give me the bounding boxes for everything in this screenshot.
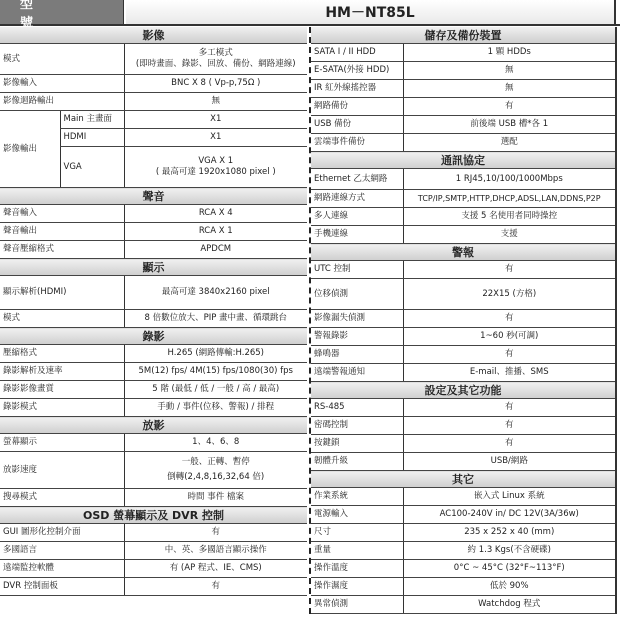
table-row: 電源輸入AC100-240V in/ DC 12V(3A/36w) (311, 506, 615, 524)
table-row: 遠端警報通知E-mail、推播、SMS (311, 364, 615, 382)
table-row: 網路連線方式TCP/IP,SMTP,HTTP,DHCP,ADSL,LAN,DDN… (311, 190, 615, 208)
section-other: 其它 (311, 471, 615, 488)
model-name: HM－NT85L (126, 0, 616, 24)
section-storage: 儲存及備份裝置 (311, 27, 615, 44)
table-row: 操作溫度0°C ~ 45°C (32°F~113°F) (311, 560, 615, 578)
table-row: 錄影影像畫質5 階 (最低 / 低 / 一般 / 高 / 最高) (0, 381, 307, 399)
table-row: DVR 控制面板有 (0, 578, 307, 596)
table-row: 搜尋模式時間 事件 檔案 (0, 489, 307, 507)
section-osd: OSD 螢幕顯示及 DVR 控制 (0, 507, 307, 524)
table-row: 放影速度 一般、正轉、暫停倒轉(2,4,8,16,32,64 倍) (0, 452, 307, 489)
section-alarm: 警報 (311, 244, 615, 261)
table-row: Ethernet 乙太網路1 RJ45,10/100/1000Mbps (311, 169, 615, 190)
table-row: 按鍵鎖有 (311, 435, 615, 453)
table-row: 聲音壓縮格式APDCM (0, 241, 307, 259)
table-row: 作業系統嵌入式 Linux 系統 (311, 488, 615, 506)
table-row: 尺寸235 x 252 x 40 (mm) (311, 524, 615, 542)
model-header: 型 號 HM－NT85L (0, 0, 620, 26)
section-audio: 聲音 (0, 188, 307, 205)
table-row: RS-485有 (311, 399, 615, 417)
table-row: 聲音輸出RCA X 1 (0, 223, 307, 241)
section-settings: 設定及其它功能 (311, 382, 615, 399)
spec-table-left: 影像 模式 多工模式(即時畫面、錄影、回放、備份、網路連線) 影像輸入BNC X… (0, 27, 307, 596)
table-row: 密碼控制有 (311, 417, 615, 435)
table-row: 影像輸出Main 主畫面X1 (0, 111, 307, 129)
table-row: 壓縮格式H.265 (網路傳輸:H.265) (0, 345, 307, 363)
table-row: 遠端監控軟體有 (AP 程式、IE、CMS) (0, 560, 307, 578)
table-row: 影像漏失偵測有 (311, 310, 615, 328)
table-row: 多國語言中、英、多國語言顯示操作 (0, 542, 307, 560)
section-playback: 放影 (0, 417, 307, 434)
table-row: 多人連線支援 5 名使用者同時操控 (311, 208, 615, 226)
model-label: 型 號 (0, 0, 124, 24)
table-row: SATA I / II HDD1 顆 HDDs (311, 44, 615, 62)
table-row: 網路備份有 (311, 98, 615, 116)
section-comm: 通訊協定 (311, 152, 615, 169)
table-row: 異常偵測Watchdog 程式 (311, 596, 615, 614)
section-display: 顯示 (0, 259, 307, 276)
table-row: 操作濕度低於 90% (311, 578, 615, 596)
section-video: 影像 (0, 27, 307, 44)
table-row: IR 紅外線搖控器無 (311, 80, 615, 98)
table-row: 模式8 倍數位放大、PIP 畫中畫、循環跳台 (0, 310, 307, 328)
table-row: 顯示解析(HDMI)最高可達 3840x2160 pixel (0, 276, 307, 310)
section-record: 錄影 (0, 328, 307, 345)
table-row: 手機連線支援 (311, 226, 615, 244)
table-row: GUI 圖形化控制介面有 (0, 524, 307, 542)
table-row: 影像迴路輸出無 (0, 93, 307, 111)
table-row: 韌體升級USB/網路 (311, 453, 615, 471)
table-row: 警報錄影1~60 秒(可調) (311, 328, 615, 346)
table-row: 重量約 1.3 Kgs(不含硬碟) (311, 542, 615, 560)
table-row: 錄影模式手動 / 事件(位移、警報) / 排程 (0, 399, 307, 417)
spec-left-column: 影像 模式 多工模式(即時畫面、錄影、回放、備份、網路連線) 影像輸入BNC X… (0, 27, 307, 596)
spec-right-column: 儲存及備份裝置 SATA I / II HDD1 顆 HDDs E-SATA(外… (309, 27, 617, 614)
table-row: 錄影解析及速率5M(12) fps/ 4M(15) fps/1080(30) f… (0, 363, 307, 381)
table-row: 聲音輸入RCA X 4 (0, 205, 307, 223)
table-row: 雲端事件備份選配 (311, 134, 615, 152)
table-row: USB 備份前後端 USB 槽*各 1 (311, 116, 615, 134)
table-row: E-SATA(外接 HDD)無 (311, 62, 615, 80)
table-row: 位移偵測22X15 (方格) (311, 279, 615, 310)
table-row: 蜂鳴器有 (311, 346, 615, 364)
table-row: 螢幕顯示1、4、6、8 (0, 434, 307, 452)
spec-table-right: 儲存及備份裝置 SATA I / II HDD1 顆 HDDs E-SATA(外… (311, 27, 615, 614)
table-row: UTC 控制有 (311, 261, 615, 279)
table-row: 影像輸入BNC X 8 ( Vp-p,75Ω ) (0, 75, 307, 93)
table-row: 模式 多工模式(即時畫面、錄影、回放、備份、網路連線) (0, 44, 307, 75)
